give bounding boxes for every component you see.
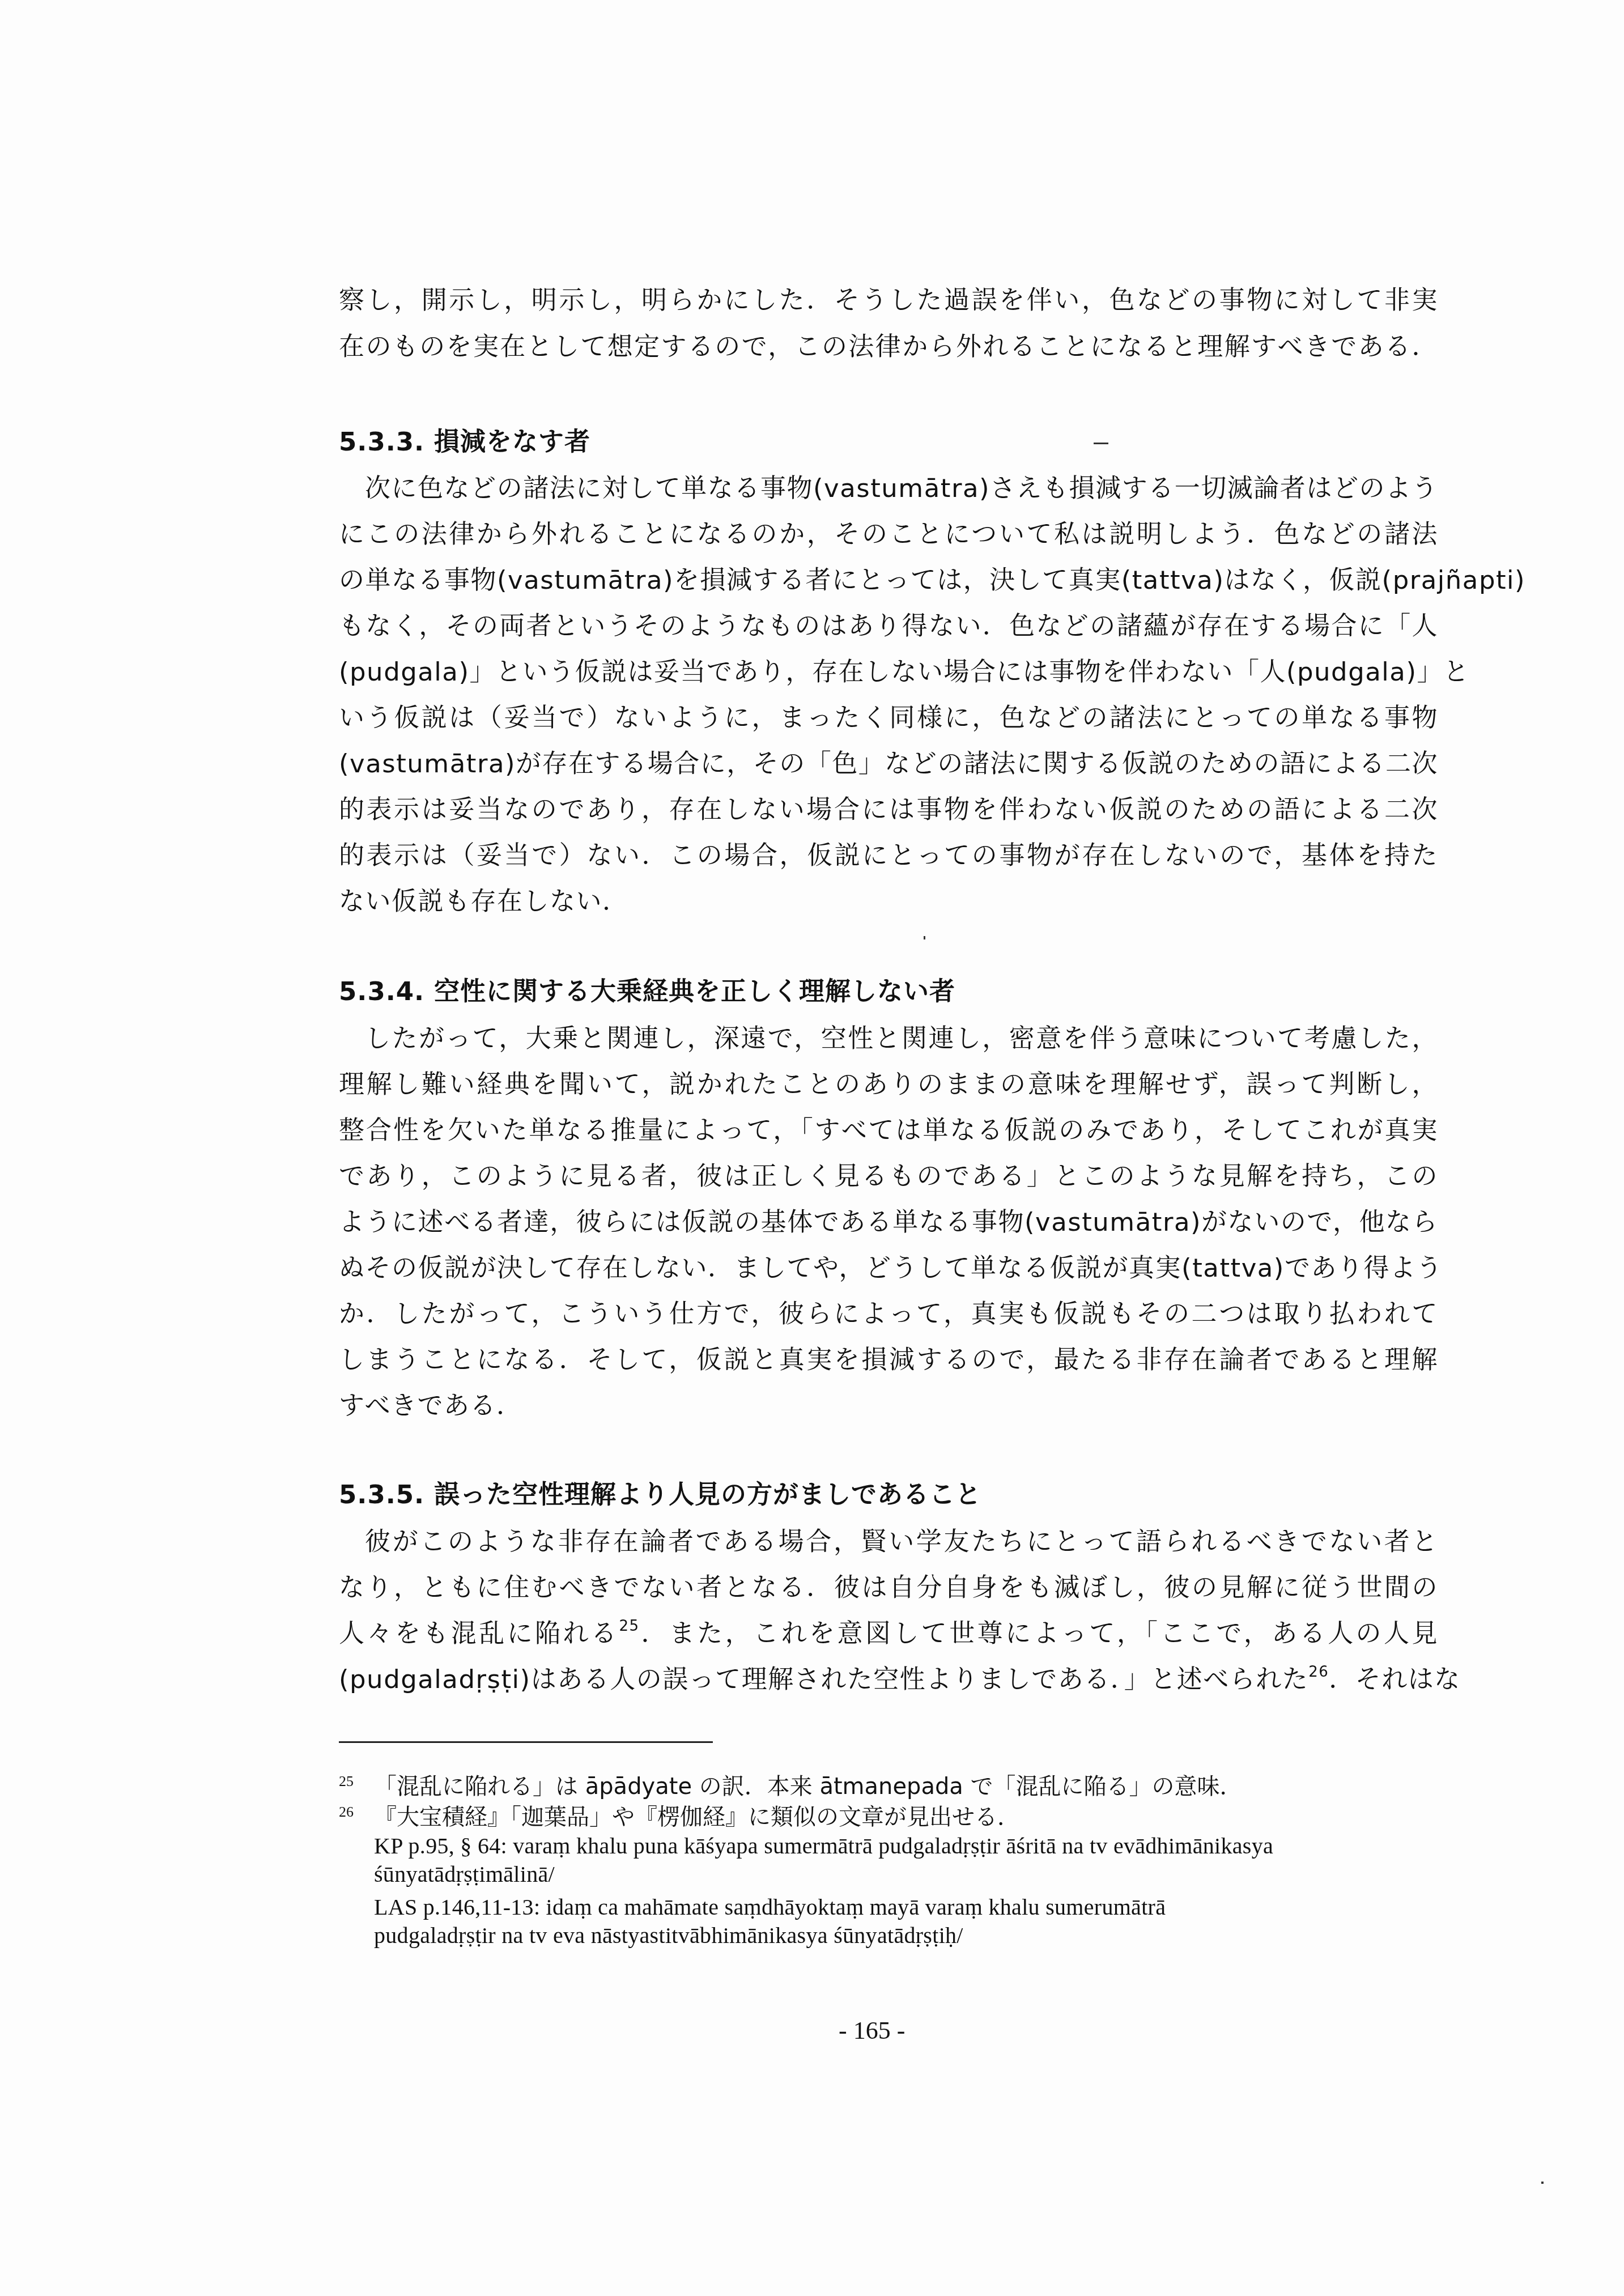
footnote-source-line: LAS p.146,11-13: idaṃ ca mahāmate saṃdhā… bbox=[374, 1893, 1166, 1922]
body-line: 次に色などの諸法に対して単なる事物(vastumātra)さえも損減する一切滅論… bbox=[339, 471, 1438, 505]
page-number: - 165 - bbox=[839, 2016, 905, 2045]
footnote-divider bbox=[339, 1741, 713, 1743]
footnote-text: 「混乱に陥れる」は āpādyate の訳．本来 ātmanepada で「混乱… bbox=[374, 1774, 1243, 1800]
body-text: ．それはな bbox=[1329, 1664, 1461, 1694]
body-text: (pudgaladṛṣṭi)はある人の誤って理解された空性よりましである．」と述… bbox=[339, 1664, 1308, 1694]
body-line: いう仮説は（妥当で）ないように，まったく同様に，色などの諸法にとっての単なる事物 bbox=[339, 701, 1438, 735]
section-heading-5-3-5: 5.3.5. 誤った空性理解より人見の方がましであること bbox=[339, 1478, 981, 1512]
scan-artifact bbox=[1094, 443, 1108, 444]
footnote-25: 25「混乱に陥れる」は āpādyate の訳．本来 ātmanepada で「… bbox=[339, 1767, 1243, 1801]
footnote-ref-26[interactable]: 26 bbox=[1308, 1664, 1329, 1681]
document-page: 察し，開示し，明示し，明らかにした．そうした過誤を伴い，色などの事物に対して非実… bbox=[0, 0, 1624, 2296]
body-line: すべきである． bbox=[339, 1389, 1438, 1423]
body-line: (vastumātra)が存在する場合に，その「色」などの諸法に関する仮説のため… bbox=[339, 747, 1438, 781]
footnote-number: 26 bbox=[339, 1797, 374, 1827]
body-text: ．また，これを意図して世尊によって，「ここで，ある人の人見 bbox=[640, 1618, 1438, 1648]
body-line: ない仮説も存在しない． bbox=[339, 885, 1438, 919]
body-line: 彼がこのような非存在論者である場合，賢い学友たちにとって語られるべきでない者と bbox=[339, 1525, 1438, 1559]
body-text: 人々をも混乱に陥れる bbox=[339, 1618, 619, 1648]
body-line: 察し，開示し，明示し，明らかにした．そうした過誤を伴い，色などの事物に対して非実 bbox=[339, 283, 1438, 317]
body-line: 在のものを実在として想定するので，この法律から外れることになると理解すべきである… bbox=[339, 330, 1438, 364]
section-heading-5-3-4: 5.3.4. 空性に関する大乗経典を正しく理解しない者 bbox=[339, 975, 955, 1009]
section-heading-5-3-3: 5.3.3. 損減をなす者 bbox=[339, 425, 590, 459]
body-line: しまうことになる．そして，仮説と真実を損減するので，最たる非存在論者であると理解 bbox=[339, 1343, 1438, 1377]
footnote-source-line: śūnyatādṛṣṭimālinā/ bbox=[374, 1860, 555, 1889]
body-line: 的表示は（妥当で）ない．この場合，仮説にとっての事物が存在しないので，基体を持た bbox=[339, 839, 1438, 873]
body-line: ぬその仮説が決して存在しない．ましてや，どうして単なる仮説が真実(tattva)… bbox=[339, 1251, 1438, 1285]
body-line: 理解し難い経典を聞いて，説かれたことのありのままの意味を理解せず，誤って判断し， bbox=[339, 1068, 1438, 1102]
body-line: の単なる事物(vastumātra)を損減する者にとっては，決して真実(tatt… bbox=[339, 563, 1438, 597]
body-line: か．したがって，こういう仕方で，彼らによって，真実も仮説もその二つは取り払われて bbox=[339, 1297, 1438, 1331]
body-line: 的表示は妥当なのであり，存在しない場合には事物を伴わない仮説のための語による二次 bbox=[339, 793, 1438, 827]
body-line: ように述べる者達，彼らには仮説の基体である単なる事物(vastumātra)がな… bbox=[339, 1205, 1438, 1239]
body-line: したがって，大乗と関連し，深遠で，空性と関連し，密意を伴う意味について考慮した， bbox=[339, 1022, 1438, 1056]
footnote-number: 25 bbox=[339, 1767, 374, 1796]
body-line: 整合性を欠いた単なる推量によって，「すべては単なる仮説のみであり，そしてこれが真… bbox=[339, 1113, 1438, 1147]
footnote-ref-25[interactable]: 25 bbox=[619, 1618, 639, 1635]
footnote-source-line: pudgaladṛṣṭir na tv eva nāstyastitvābhim… bbox=[374, 1921, 963, 1950]
body-line: (pudgala)」という仮説は妥当であり，存在しない場合には事物を伴わない「人… bbox=[339, 655, 1438, 689]
body-line: もなく，その両者というそのようなものはあり得ない．色などの諸蘊が存在する場合に「… bbox=[339, 609, 1438, 643]
body-line: (pudgaladṛṣṭi)はある人の誤って理解された空性よりましである．」と述… bbox=[339, 1663, 1438, 1697]
footnote-26: 26『大宝積経』「迦葉品」や『楞伽経』に類似の文章が見出せる． bbox=[339, 1797, 1020, 1832]
footnote-text: 『大宝積経』「迦葉品」や『楞伽経』に類似の文章が見出せる． bbox=[374, 1804, 1020, 1830]
body-line: なり，ともに住むべきでない者となる．彼は自分自身をも滅ぼし，彼の見解に従う世間の bbox=[339, 1571, 1438, 1605]
body-line: であり，このように見る者，彼は正しく見るものである」とこのような見解を持ち，この bbox=[339, 1159, 1438, 1193]
body-line: 人々をも混乱に陥れる25．また，これを意図して世尊によって，「ここで，ある人の人… bbox=[339, 1617, 1438, 1651]
scan-artifact bbox=[1541, 2182, 1544, 2184]
scan-artifact bbox=[924, 936, 925, 939]
body-line: にこの法律から外れることになるのか，そのことについて私は説明しよう．色などの諸法 bbox=[339, 517, 1438, 551]
footnote-source-line: KP p.95, § 64: varaṃ khalu puna kāśyapa … bbox=[374, 1831, 1273, 1861]
